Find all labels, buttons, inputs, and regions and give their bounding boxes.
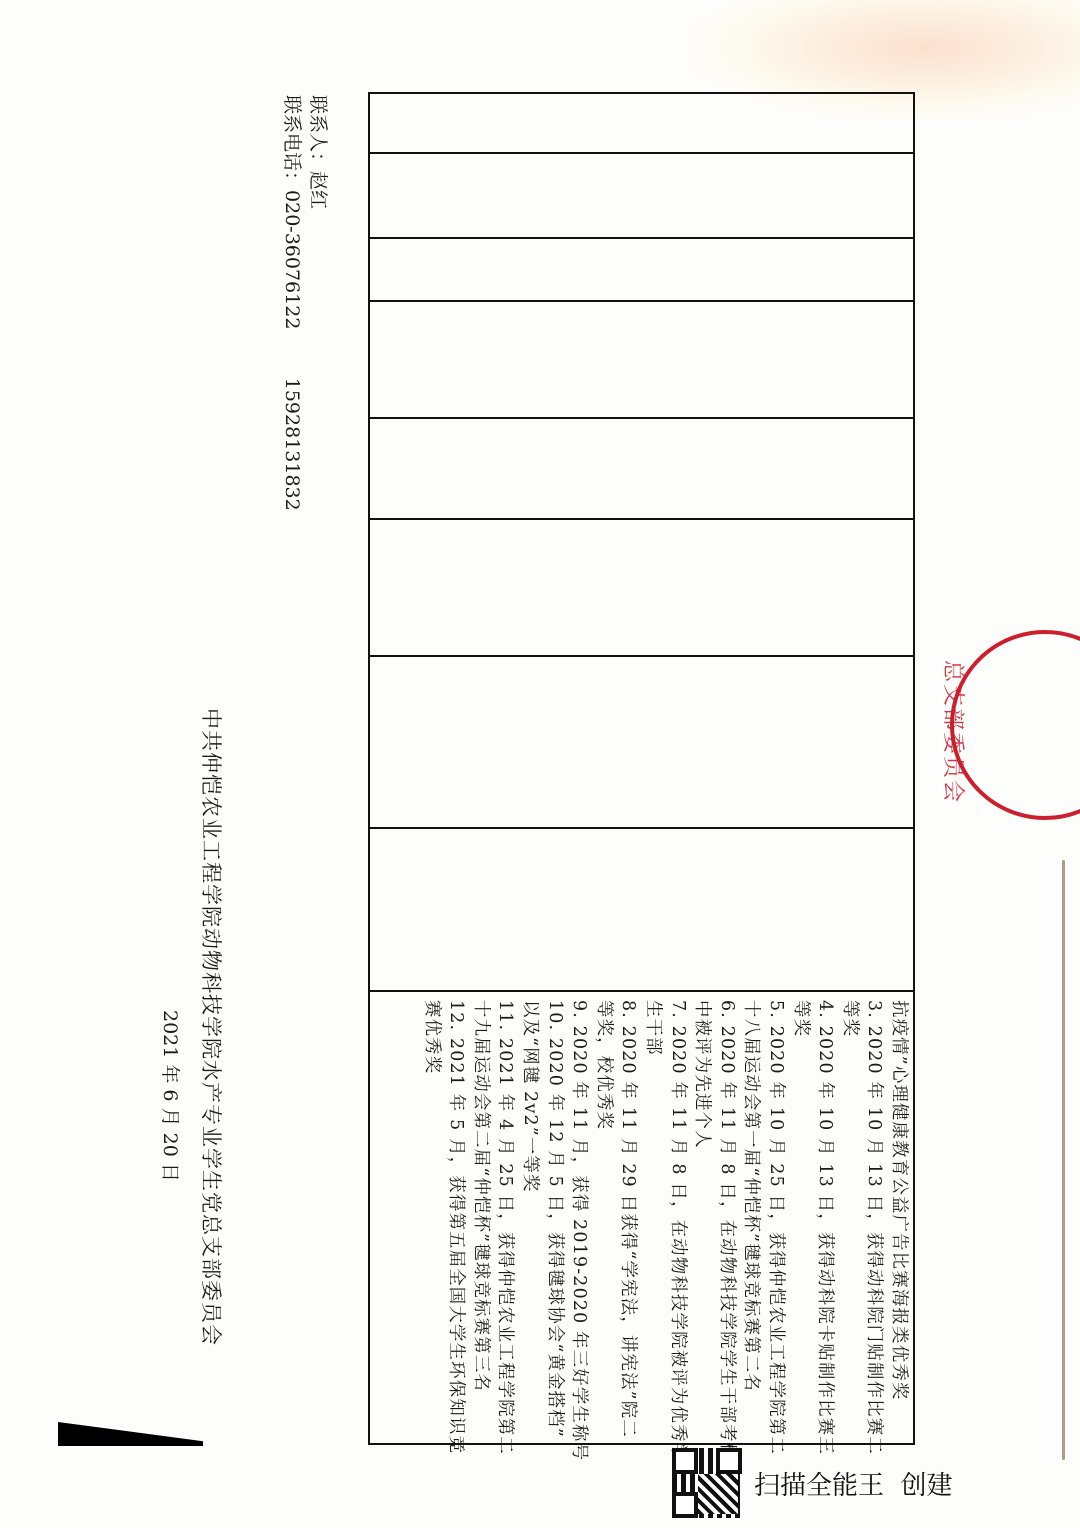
award-list-line: 6. 2020 年 11 月 8 日，在动物科技学院学生干部考核 <box>714 1000 739 1437</box>
issue-date: 2021 年 6 月 20 日 <box>158 1010 185 1182</box>
scanner-watermark: 扫描全能王 创建 <box>672 1448 953 1518</box>
award-list-line: 以及“网毽 2v2”一等奖 <box>518 1000 543 1437</box>
award-list-line: 抗疫情”心理健康教育公益广告比赛海报类优秀奖 <box>886 1000 911 1437</box>
contact-person-label: 联系人： <box>307 95 329 171</box>
award-list-line: 十八届运动会第一届“仲恺杯”毽球竞标赛第二名 <box>739 1000 764 1437</box>
contact-person: 联系人：赵红 <box>306 95 333 209</box>
table-divider <box>370 152 913 154</box>
seal-text: 总支部委员会 <box>939 660 970 804</box>
contact-person-name: 赵红 <box>307 171 329 209</box>
award-list-line: 生干部 <box>640 1000 665 1437</box>
award-list-line: 8. 2020 年 11 月 29 日获得“学宪法，讲宪法”院二 <box>616 1000 641 1437</box>
award-list-line: 等奖，校优秀奖 <box>591 1000 616 1437</box>
contact-phone-2: 15928131832 <box>281 378 303 511</box>
award-list-line: 9. 2020 年 11 月，获得 2019-2020 年三好学生称号 <box>567 1000 592 1437</box>
award-list-line: 中被评为先进个人 <box>690 1000 715 1437</box>
contact-phone: 联系电话：020-36076122 15928131832 <box>280 95 307 511</box>
award-list-cell: 抗疫情”心理健康教育公益广告比赛海报类优秀奖3. 2020 年 10 月 13 … <box>370 992 913 1443</box>
table-divider <box>370 518 913 520</box>
award-list-line: 4. 2020 年 10 月 13 日，获得动科院卡贴制作比赛三 <box>813 1000 838 1437</box>
award-list-line: 等奖 <box>788 1000 813 1437</box>
award-list-line: 等奖 <box>837 1000 862 1437</box>
award-list-line: 7. 2020 年 11 月 8 日，在动物科技学院被评为优秀学 <box>665 1000 690 1437</box>
contact-phone-1: 020-36076122 <box>281 190 303 329</box>
table-divider <box>370 417 913 419</box>
table-divider <box>370 237 913 239</box>
award-list-line: 赛优秀奖 <box>419 1000 444 1437</box>
qr-code-icon <box>672 1448 742 1518</box>
table-divider <box>370 300 913 302</box>
table-divider <box>370 827 913 829</box>
award-list-line: 5. 2020 年 10 月 25 日，获得仲恺农业工程学院第二 <box>763 1000 788 1437</box>
watermark-text: 扫描全能王 创建 <box>754 1465 953 1502</box>
award-list-line: 3. 2020 年 10 月 13 日，获得动科院门贴制作比赛二 <box>862 1000 887 1437</box>
award-list-line: 11. 2021 年 4 月 25 日，获得仲恺农业工程学院第二 <box>493 1000 518 1437</box>
document-page: 联系人：赵红 联系电话：020-36076122 15928131832 抗疫情… <box>0 0 1080 1528</box>
award-list-line: 十九届运动会第二届“仲恺杯”毽球竞标赛第三名 <box>468 1000 493 1437</box>
contact-phone-label: 联系电话： <box>281 95 303 190</box>
award-list-line: 12. 2021 年 5 月，获得第五届全国大学生环保知识竞 <box>444 1000 469 1437</box>
issuing-organization: 中共仲恺农业工程学院动物科技学院水产专业学生党总支部委员会 <box>197 708 227 1346</box>
form-table: 抗疫情”心理健康教育公益广告比赛海报类优秀奖3. 2020 年 10 月 13 … <box>368 92 915 1445</box>
table-divider <box>370 655 913 657</box>
award-list-line: 10. 2020 年 12 月 5 日，获得毽球协会“黄金搭档” <box>542 1000 567 1437</box>
